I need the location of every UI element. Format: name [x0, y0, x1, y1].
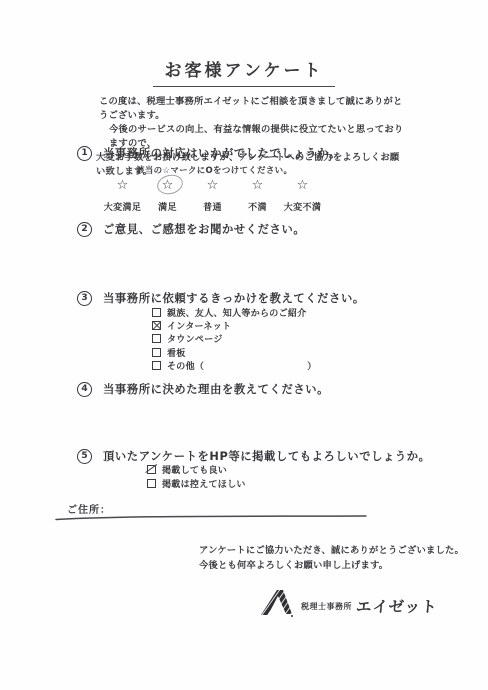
star-icon: ☆	[297, 178, 309, 193]
title-row: お客様アンケート	[0, 56, 488, 87]
question-1-text: 当事務所の対応はいかがでしたでしょうか。	[103, 145, 341, 161]
star-rating-scale: ☆ 大変満足 ☆ 満足 ☆ 普通 ☆ 不満 ☆ 大変不満	[100, 177, 325, 213]
rating-option-selected: ☆ 満足	[145, 177, 190, 213]
intro-line: この度は、税理士事務所エイゼットにご相談を頂きまして誠にありがとうございます。	[99, 95, 406, 123]
checkbox-label: 掲載は控えてほしい	[162, 477, 246, 490]
checkbox-icon	[152, 361, 161, 370]
question-4: 4 当事務所に決めた理由を教えてください。	[77, 381, 329, 397]
rating-label: 不満	[248, 200, 267, 213]
checkbox-option-checked: 掲載しても良い	[147, 462, 246, 476]
address-write-line	[54, 511, 370, 523]
checkbox-option: 親族、友人、知人等からのご紹介	[152, 306, 317, 319]
logo-office-name: 税理士事務所	[301, 601, 352, 612]
rating-option: ☆ 普通	[190, 177, 235, 213]
closing-line: 今後とも何卒よろしくお願い申し上げます。	[199, 559, 464, 574]
scanned-survey-form: お客様アンケート この度は、税理士事務所エイゼットにご相談を頂きまして誠にありが…	[0, 0, 488, 690]
checkbox-label: インターネット	[167, 319, 231, 332]
star-icon: ☆	[207, 178, 219, 193]
rating-label: 普通	[203, 200, 222, 213]
checkbox-icon	[152, 334, 161, 343]
rating-label: 大変満足	[104, 200, 142, 213]
question-5: 5 頂いたアンケートをHP等に掲載してもよろしいでしょうか。	[77, 448, 431, 464]
question-2: 2 ご意見、ご感想をお聞かせください。	[77, 221, 305, 237]
checkbox-label: 親族、友人、知人等からのご紹介	[167, 306, 307, 319]
checkbox-icon	[152, 348, 161, 357]
question-1-number: 1	[77, 146, 92, 161]
survey-title: お客様アンケート	[153, 56, 336, 87]
star-icon: ☆	[162, 178, 174, 193]
question-2-number: 2	[77, 222, 92, 237]
question-3-options: 親族、友人、知人等からのご紹介 インターネット タウンページ 看板 その他（ ）	[152, 306, 317, 372]
logo-brand-name: エイゼット	[355, 595, 438, 617]
company-logo: 税理士事務所 エイゼット	[258, 588, 438, 618]
question-3-number: 3	[77, 291, 92, 306]
checkbox-option-checked: インターネット	[152, 319, 317, 332]
question-4-number: 4	[77, 382, 92, 397]
rating-label: 満足	[158, 200, 177, 213]
rating-label: 大変不満	[284, 200, 322, 213]
rating-option: ☆ 大変満足	[100, 177, 145, 213]
checkbox-option: 掲載は控えてほしい	[147, 476, 246, 490]
checkbox-option: タウンページ	[152, 332, 317, 345]
question-5-options: 掲載しても良い 掲載は控えてほしい	[147, 462, 246, 490]
question-3-text: 当事務所に依頼するきっかけを教えてください。	[103, 290, 365, 306]
checkbox-checked-icon	[147, 465, 156, 474]
star-icon: ☆	[117, 178, 129, 193]
checkbox-checked-icon	[152, 321, 161, 330]
checkbox-option-other: その他（ ）	[152, 359, 317, 372]
checkbox-label: その他（	[167, 359, 204, 372]
checkbox-icon	[147, 479, 156, 488]
question-2-text: ご意見、ご感想をお聞かせください。	[103, 221, 305, 237]
question-5-number: 5	[77, 449, 92, 464]
rating-option: ☆ 不満	[235, 177, 280, 213]
checkbox-label: 掲載しても良い	[162, 463, 227, 476]
checkbox-label: タウンページ	[167, 332, 223, 345]
checkbox-label: 看板	[167, 346, 186, 359]
closing-note: アンケートにご協力いただき、誠にありがとうございました。 今後とも何卒よろしくお…	[199, 544, 464, 573]
checkbox-option: 看板	[152, 346, 317, 359]
star-icon: ☆	[252, 178, 264, 193]
question-1: 1 当事務所の対応はいかがでしたでしょうか。	[77, 145, 341, 161]
question-1-hint: 該当の☆マークにOをつけてください。	[136, 164, 292, 176]
checkbox-icon	[152, 308, 161, 317]
closing-line: アンケートにご協力いただき、誠にありがとうございました。	[199, 544, 464, 559]
logo-mark-icon	[258, 588, 294, 618]
rating-option: ☆ 大変不満	[280, 177, 325, 213]
other-close-paren: ）	[307, 359, 316, 372]
question-3: 3 当事務所に依頼するきっかけを教えてください。	[77, 290, 365, 306]
question-4-text: 当事務所に決めた理由を教えてください。	[103, 381, 329, 397]
